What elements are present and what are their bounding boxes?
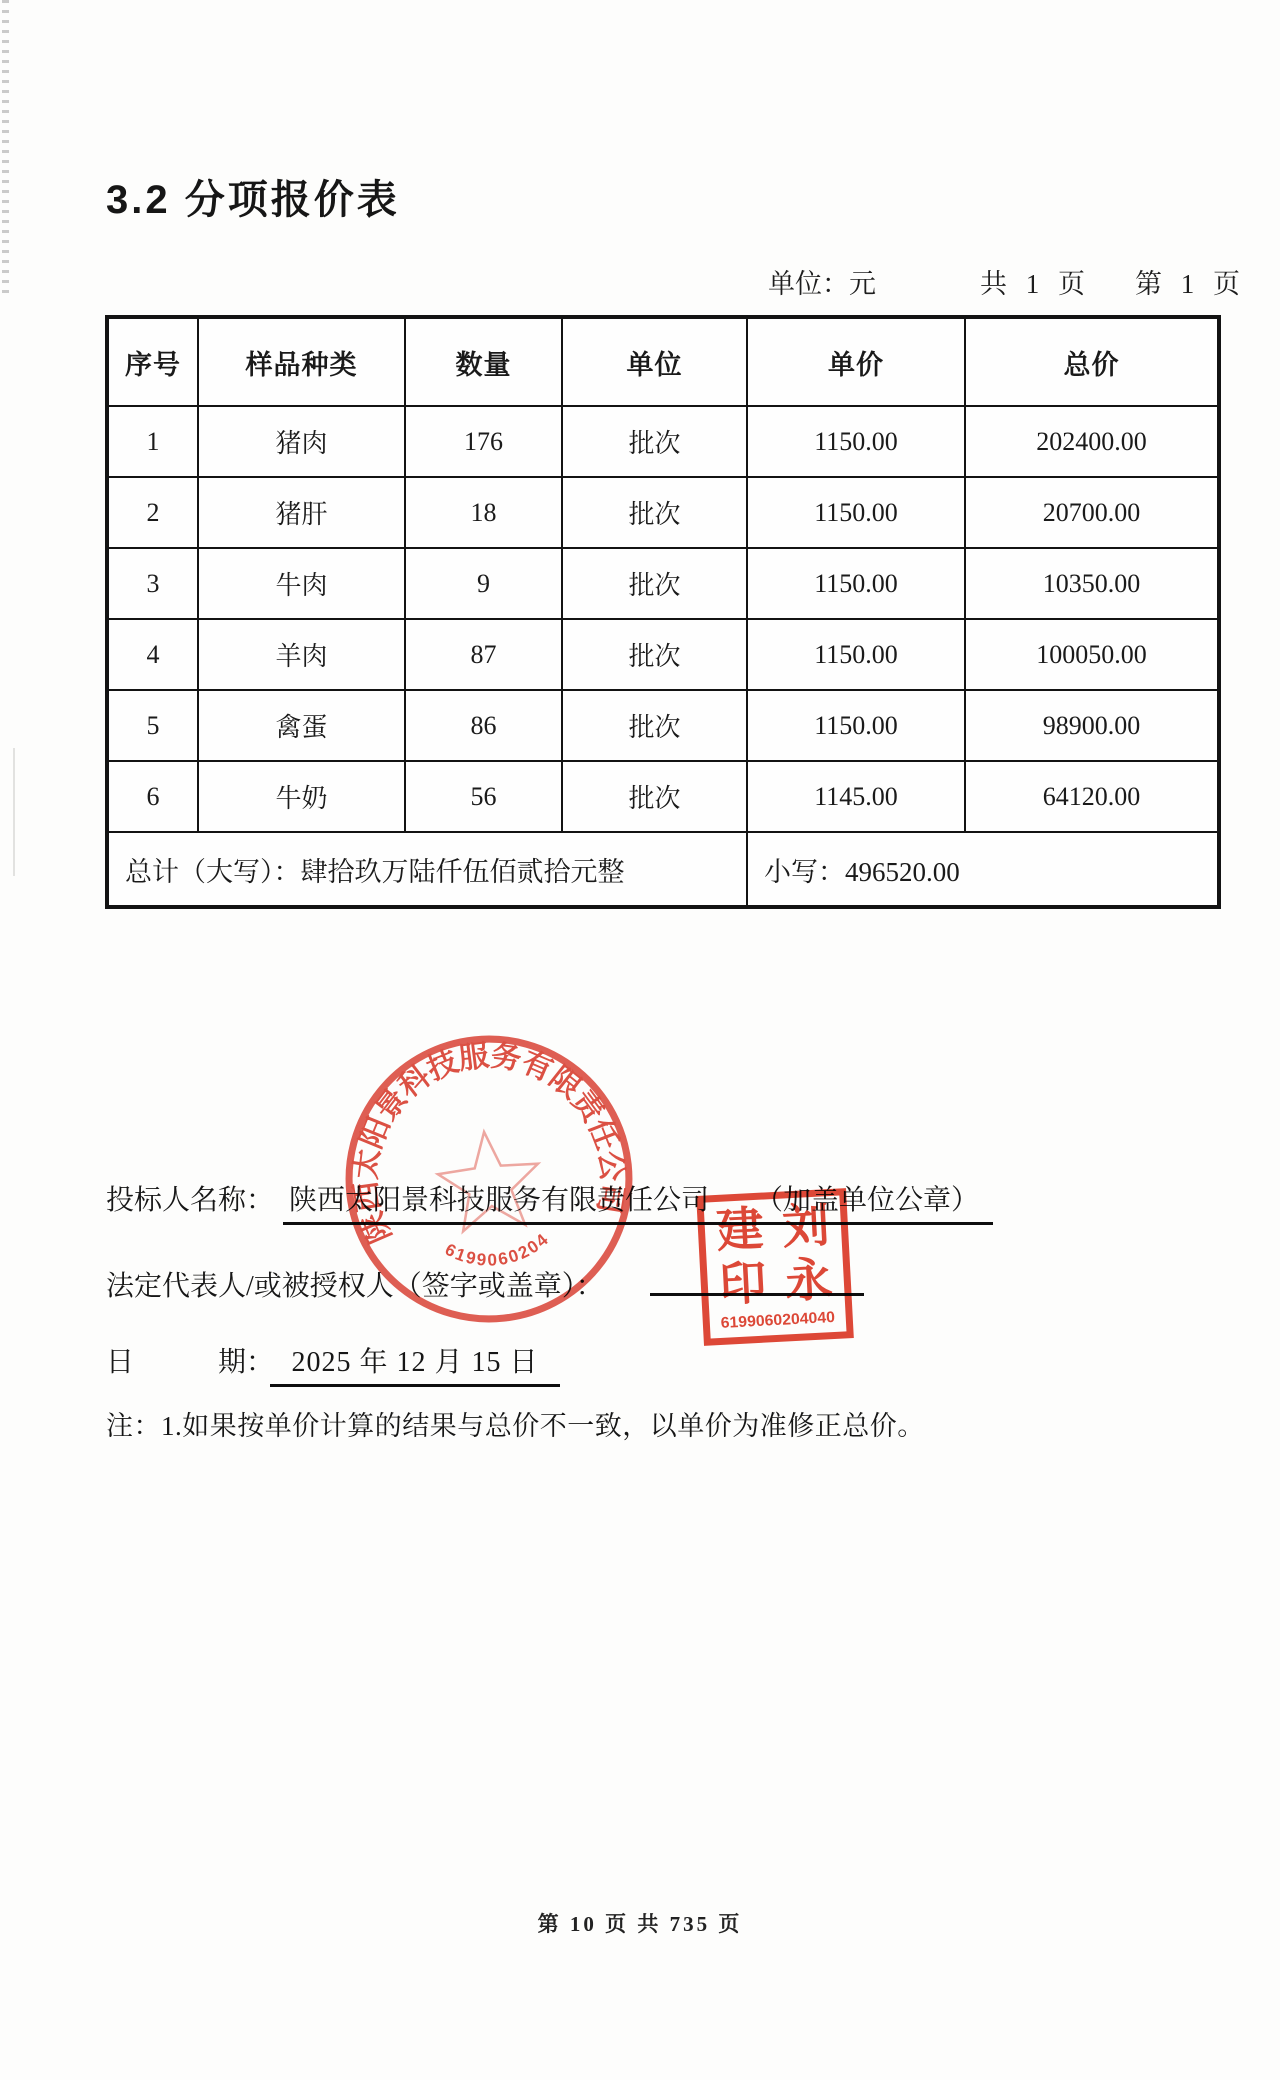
seal-char: 建: [710, 1203, 771, 1258]
unit-label: 单位：元: [768, 262, 876, 301]
scan-artifact-line: [13, 748, 15, 876]
svg-text:陕西太阳景科技服务有限责任公司: 陕西太阳景科技服务有限责任公司: [335, 1025, 634, 1249]
seal-characters: 建 刘 印 永: [710, 1200, 839, 1312]
table-cell: 5: [108, 690, 198, 761]
square-personal-stamp: 建 刘 印 永 6199060204040: [696, 1188, 854, 1346]
table-cell: 猪肝: [198, 477, 405, 548]
table-cell: 批次: [562, 477, 747, 548]
table-cell: 1: [108, 406, 198, 477]
col-header-sample: 样品种类: [198, 318, 405, 406]
table-cell: 56: [405, 761, 562, 832]
table-cell: 2: [108, 477, 198, 548]
table-cell: 98900.00: [965, 690, 1218, 761]
seal-char: 印: [713, 1257, 774, 1312]
page-footer: 第 10 页 共 735 页: [0, 1908, 1280, 1938]
page-title: 3.2 分项报价表: [106, 168, 400, 225]
date-value: 2025 年 12 月 15 日: [270, 1340, 560, 1387]
table-cell: 批次: [562, 406, 747, 477]
table-cell: 10350.00: [965, 548, 1218, 619]
table-cell: 86: [405, 690, 562, 761]
table-cell: 18: [405, 477, 562, 548]
table-cell: 羊肉: [198, 619, 405, 690]
table-cell: 1150.00: [747, 477, 965, 548]
table-cell: 202400.00: [965, 406, 1218, 477]
total-uppercase-cell: 总计（大写）：肆拾玖万陆仟伍佰贰拾元整: [108, 832, 747, 906]
col-header-quantity: 数量: [405, 318, 562, 406]
seal-code: 6199060204040: [720, 1309, 835, 1333]
table-cell: 1145.00: [747, 761, 965, 832]
bidder-name-label: 投标人名称：: [106, 1178, 274, 1218]
total-pages-label: 共 1 页: [980, 262, 1091, 301]
table-cell: 3: [108, 548, 198, 619]
table-cell: 牛奶: [198, 761, 405, 832]
page-number-label: 第 1 页: [1135, 262, 1246, 301]
col-header-unitprice: 单价: [747, 318, 965, 406]
table-cell: 批次: [562, 761, 747, 832]
seal-char: 永: [778, 1254, 839, 1309]
table-cell: 9: [405, 548, 562, 619]
table-cell: 64120.00: [965, 761, 1218, 832]
total-lowercase-cell: 小写：496520.00: [747, 832, 1218, 906]
stamp-company-arc-text: 陕西太阳景科技服务有限责任公司: [335, 1025, 634, 1249]
table-cell: 1150.00: [747, 690, 965, 761]
date-label-left: 日: [106, 1340, 134, 1380]
table-cell: 4: [108, 619, 198, 690]
table-cell: 1150.00: [747, 548, 965, 619]
table-cell: 1150.00: [747, 619, 965, 690]
table-cell: 87: [405, 619, 562, 690]
table-cell: 猪肉: [198, 406, 405, 477]
quotation-table: 序号 样品种类 数量 单位 单价 总价 1猪肉176批次1150.0020240…: [105, 315, 1221, 909]
table-cell: 6: [108, 761, 198, 832]
table-cell: 批次: [562, 619, 747, 690]
table-cell: 1150.00: [747, 406, 965, 477]
note-text: 注：1.如果按单价计算的结果与总价不一致，以单价为准修正总价。: [106, 1404, 925, 1443]
table-cell: 20700.00: [965, 477, 1218, 548]
table-cell: 批次: [562, 548, 747, 619]
scan-artifact-strip: [2, 0, 9, 300]
stamp-star-icon: [434, 1127, 544, 1234]
table-cell: 176: [405, 406, 562, 477]
col-header-index: 序号: [108, 318, 198, 406]
col-header-unit: 单位: [562, 318, 747, 406]
table-cell: 批次: [562, 690, 747, 761]
round-company-stamp: 陕西太阳景科技服务有限责任公司 6199060204040: [323, 1013, 655, 1345]
table-cell: 禽蛋: [198, 690, 405, 761]
table-cell: 牛肉: [198, 548, 405, 619]
date-label-right: 期：: [218, 1340, 274, 1380]
col-header-totalprice: 总价: [965, 318, 1218, 406]
seal-char: 刘: [776, 1200, 837, 1255]
table-cell: 100050.00: [965, 619, 1218, 690]
